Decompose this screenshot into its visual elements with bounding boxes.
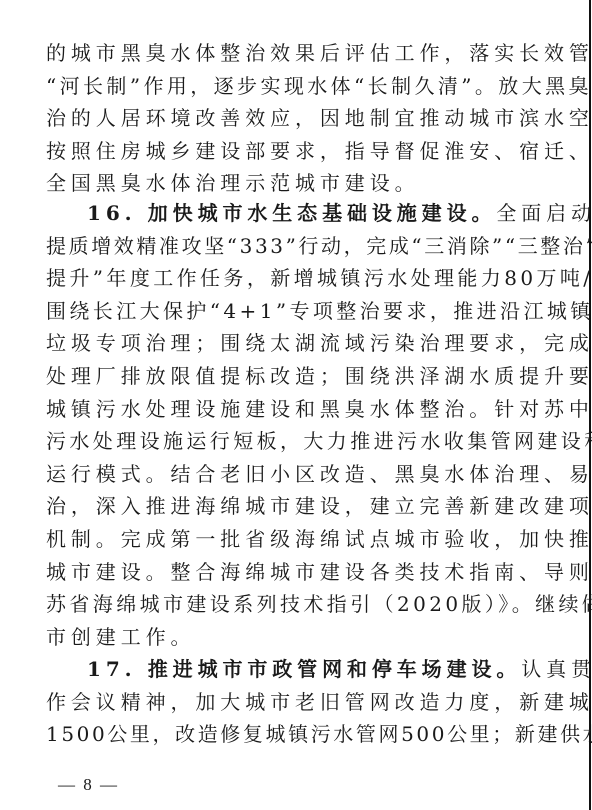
section-heading-line: 17. 推进城市市政管网和停车场建设。认真贯彻中央经济工 [46,653,542,686]
section-heading: 推进城市市政管网和停车场建设。 [148,657,522,681]
text-span: 认真贯彻中央经济工 [521,657,592,681]
text-line: 机制。完成第一批省级海绵试点城市验收，加快推进第二批试点 [46,523,542,556]
text-line: 1500公里，改造修复城镇污水管网500公里；新建供水管网1500 [46,718,542,751]
text-line: 城镇污水处理设施建设和黑臭水体整治。针对苏中苏北地区乡镇 [46,393,542,426]
text-line: 市创建工作。 [46,621,542,654]
section-heading: 加快城市水生态基础设施建设。 [148,201,497,225]
page-number: — 8 — [58,775,119,795]
section-number: 17. [87,657,137,681]
section-17: 17. 推进城市市政管网和停车场建设。认真贯彻中央经济工 作会议精神，加大城市老… [46,653,542,751]
text-line: 的城市黑臭水体整治效果后评估工作，落实长效管理措施，发挥 [46,37,542,70]
text-line: 苏省海绵城市建设系列技术指引（2020版）》。继续做好节水型城 [46,588,542,621]
text-line: 垃圾专项治理；围绕太湖流域污染治理要求，完成流域城镇污水 [46,327,542,360]
paragraph-continuation: 的城市黑臭水体整治效果后评估工作，落实长效管理措施，发挥 “河长制”作用，逐步实… [46,37,542,200]
text-line: “河长制”作用，逐步实现水体“长制久清”。放大黑臭水体整 [46,70,542,103]
text-line: 全国黑臭水体治理示范城市建设。 [46,167,542,200]
text-line: 运行模式。结合老旧小区改造、黑臭水体治理、易淹易涝片区整 [46,458,542,491]
text-line: 围绕长江大保护“4+1”专项整治要求，推进沿江城镇生活污水 [46,295,542,328]
text-line: 提质增效精准攻坚“333”行动，完成“三消除”“三整治”“三 [46,230,542,263]
text-line: 处理厂排放限值提标改造；围绕洪泽湖水质提升要求，推动沿湖 [46,360,542,393]
section-16: 16. 加快城市水生态基础设施建设。全面启动城镇污水处理 提质增效精准攻坚“33… [46,197,542,653]
text-line: 作会议精神，加大城市老旧管网改造力度，新建城镇污水管网 [46,686,542,719]
text-line: 城市建设。整合海绵城市建设各类技术指南、导则等，编制《江 [46,556,542,589]
section-heading-line: 16. 加快城市水生态基础设施建设。全面启动城镇污水处理 [46,197,542,230]
text-line: 按照住房城乡建设部要求，指导督促淮安、宿迁、盐城三市做好 [46,135,542,168]
text-line: 治，深入推进海绵城市建设，建立完善新建改建项目全流程管控 [46,490,542,523]
document-body: 的城市黑臭水体整治效果后评估工作，落实长效管理措施，发挥 “河长制”作用，逐步实… [46,37,542,751]
section-number: 16. [87,201,137,225]
text-line: 提升”年度工作任务，新增城镇污水处理能力80万吨/日以上。 [46,262,542,295]
text-line: 治的人居环境改善效应，因地制宜推动城市滨水空间品质提升。 [46,102,542,135]
text-line: 污水处理设施运行短板，大力推进污水收集管网建设和“四统一” [46,425,542,458]
text-span: 全面启动城镇污水处理 [496,201,592,225]
